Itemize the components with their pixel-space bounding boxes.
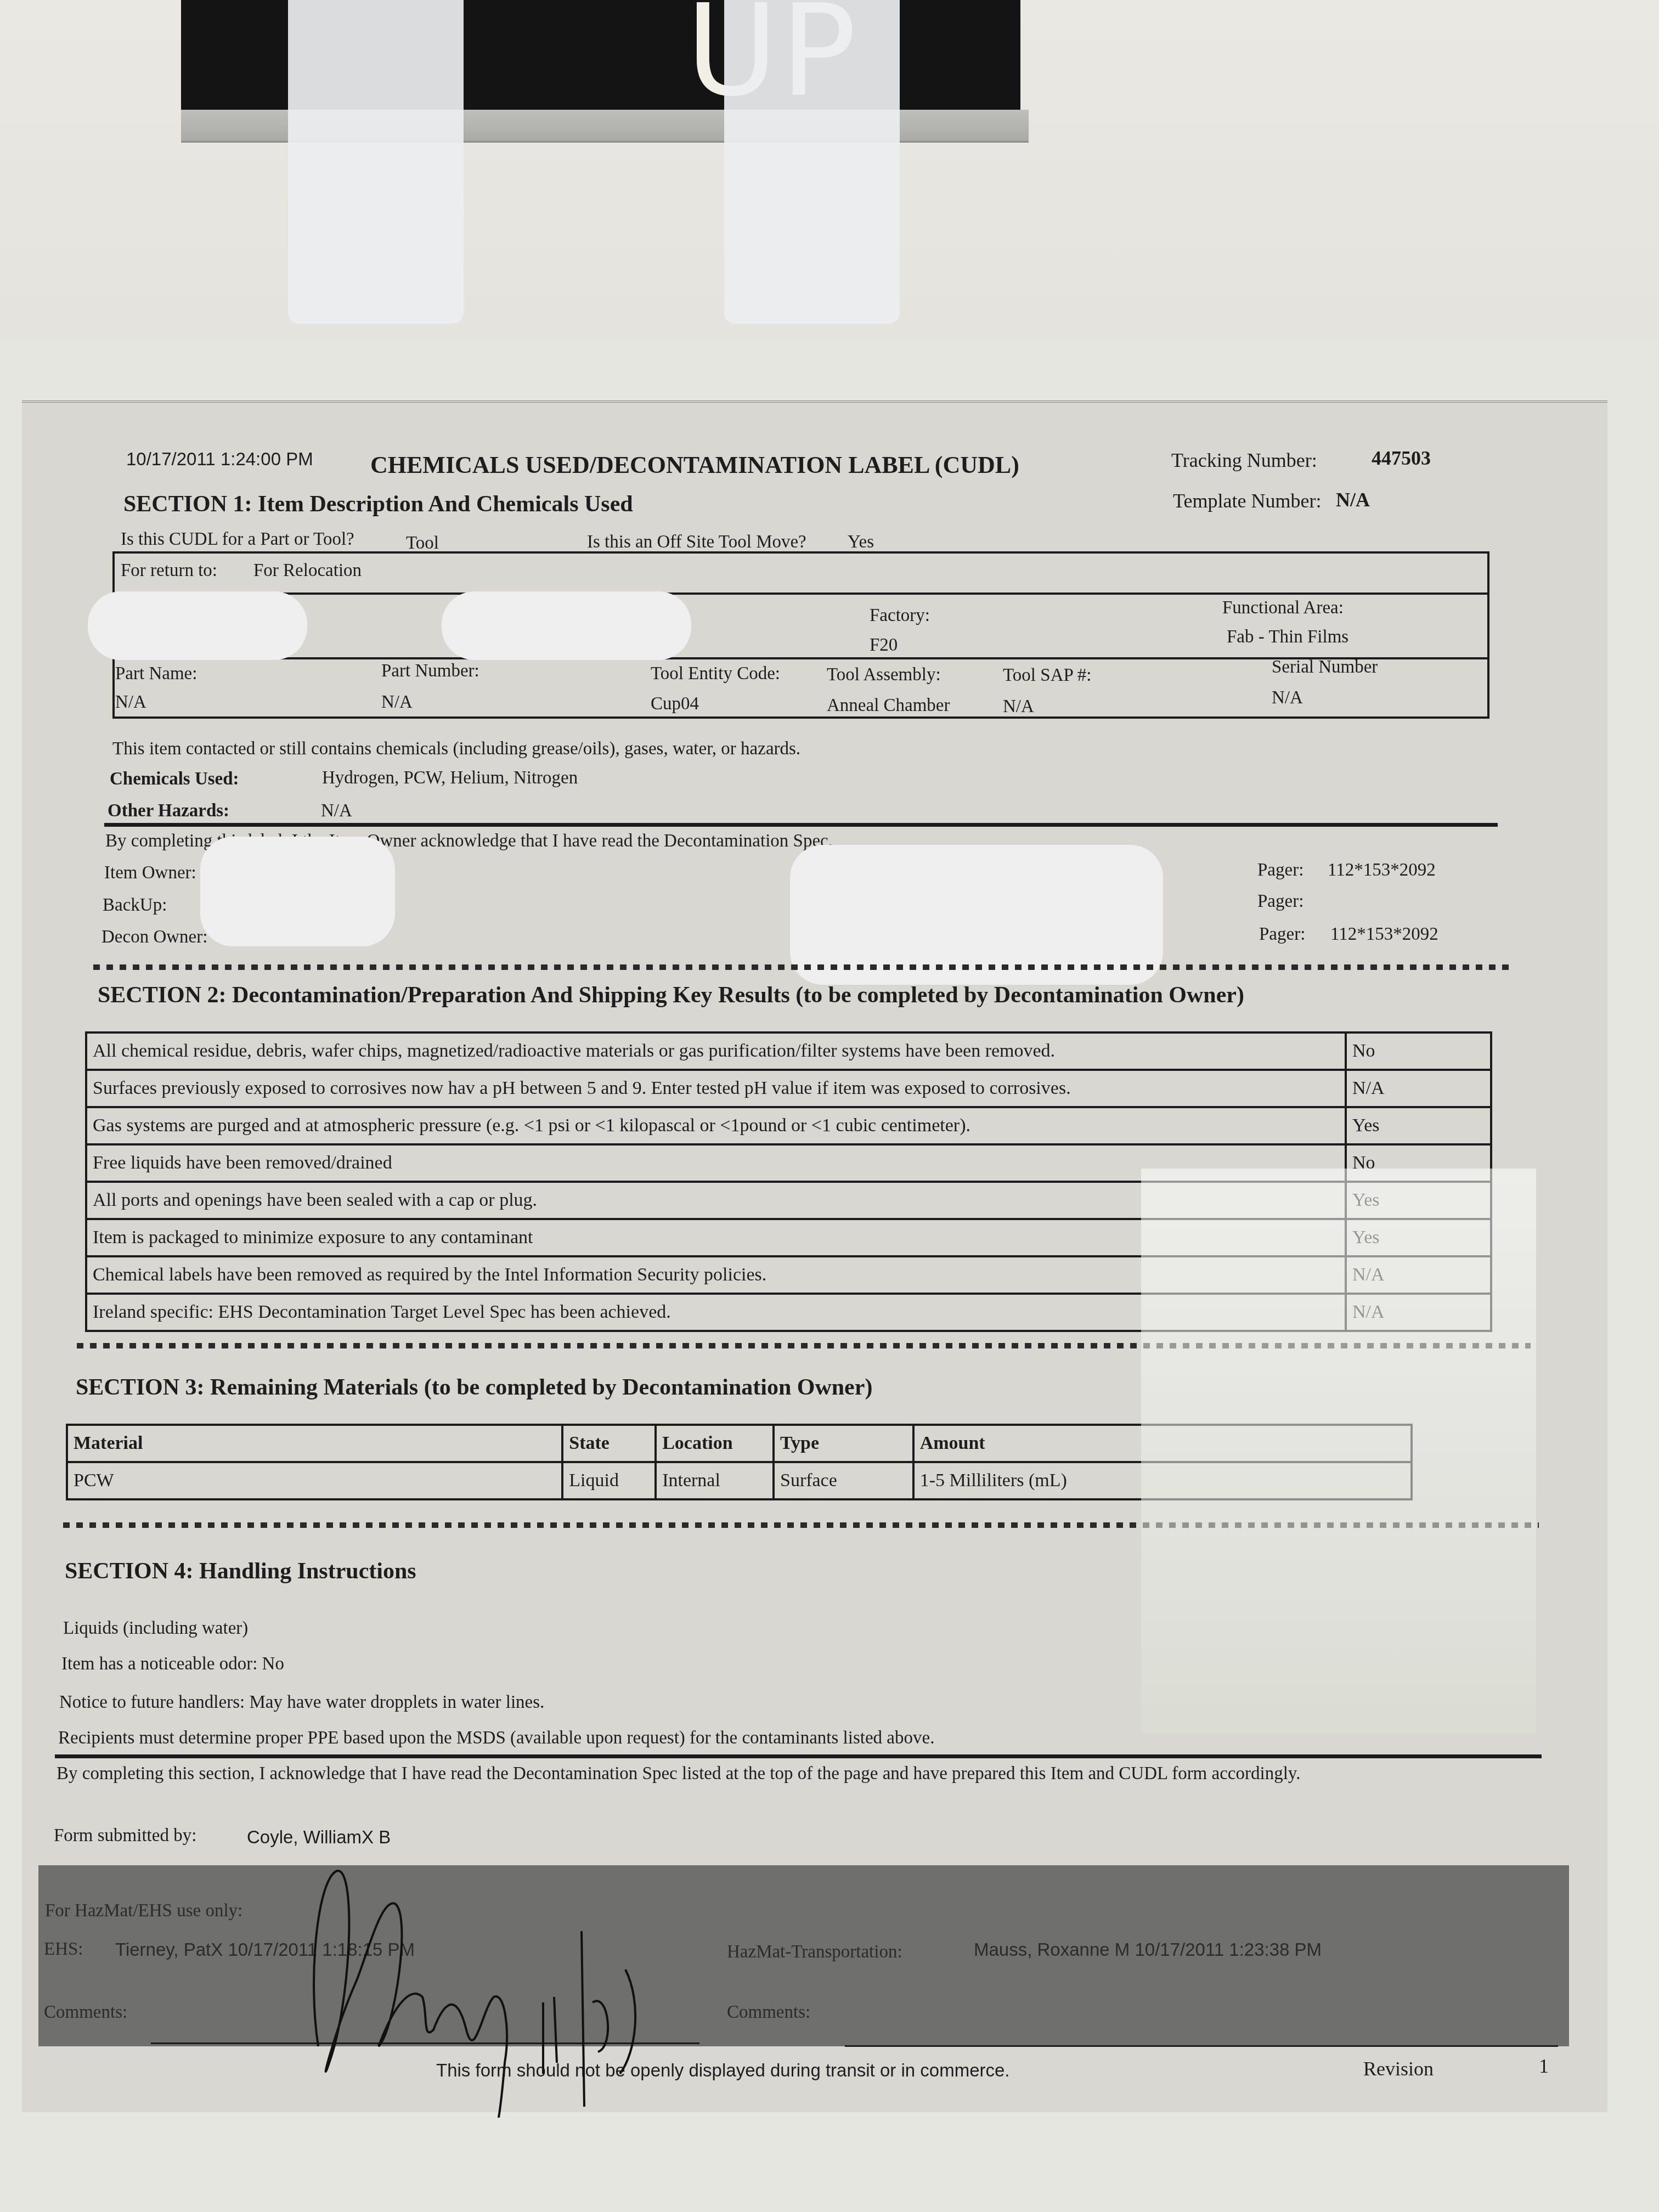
form-timestamp: 10/17/2011 1:24:00 PM [126,449,313,470]
tape-strip [288,0,464,324]
submitted-by-label: Form submitted by: [54,1826,196,1846]
materials-header-row: MaterialStateLocationTypeAmount [67,1425,1412,1462]
section1-title: SECTION 1: Item Description And Chemical… [123,491,633,517]
key-result-value: Yes [1346,1219,1491,1256]
redacted-name [200,837,395,946]
materials-cell: Liquid [562,1462,656,1499]
tool-entity-code-label: Tool Entity Code: [651,664,780,684]
return-to-value: For Relocation [253,561,362,581]
tool-sap-value: N/A [1003,697,1034,717]
key-result-row: Item is packaged to minimize exposure to… [86,1219,1491,1256]
serial-number-value: N/A [1272,688,1303,708]
materials-cell: Internal [656,1462,774,1499]
key-result-text: All ports and openings have been sealed … [86,1182,1346,1219]
offsite-move-value: Yes [848,532,874,552]
key-result-value: N/A [1346,1070,1491,1107]
revision-label: Revision [1363,2057,1434,2080]
divider [55,1754,1542,1758]
decon-owner-pager-value: 112*153*2092 [1330,924,1438,945]
ehs-value: Tierney, PatX 10/17/2011 1:18:15 PM [115,1939,415,1960]
decon-owner-label: Decon Owner: [101,927,207,947]
section4-ack: By completing this section, I acknowledg… [57,1764,1300,1784]
section2-title: SECTION 2: Decontamination/Preparation A… [98,982,1244,1008]
section-separator [93,964,1509,970]
divider [104,823,1498,827]
tool-entity-code-value: Cup04 [651,694,699,714]
column-header: Type [774,1425,913,1462]
key-result-text: All chemical residue, debris, wafer chip… [86,1032,1346,1070]
key-result-text: Surfaces previously exposed to corrosive… [86,1070,1346,1107]
revision-value: 1 [1539,2055,1549,2078]
section-separator [63,1522,1539,1528]
handling-line: Item has a noticeable odor: No [61,1654,284,1674]
tracking-number-value: 447503 [1372,447,1431,470]
divider [112,592,1489,595]
column-header: State [562,1425,656,1462]
other-hazards-label: Other Hazards: [108,801,229,821]
key-result-text: Item is packaged to minimize exposure to… [86,1219,1346,1256]
key-result-row: Chemical labels have been removed as req… [86,1256,1491,1294]
ehs-signature-line [151,2042,699,2044]
backup-label: BackUp: [103,895,167,916]
key-result-row: All chemical residue, debris, wafer chip… [86,1032,1491,1070]
form-title: CHEMICALS USED/DECONTAMINATION LABEL (CU… [370,451,1019,479]
part-number-label: Part Number: [381,661,479,681]
redacted-name [442,591,691,660]
key-result-text: Free liquids have been removed/drained [86,1144,1346,1182]
key-results-table: All chemical residue, debris, wafer chip… [85,1031,1492,1332]
part-number-value: N/A [381,692,413,713]
part-or-tool-value: Tool [406,533,439,554]
hazmat-title: For HazMat/EHS use only: [45,1901,242,1921]
redacted-name [790,845,1163,985]
functional-area-label: Functional Area: [1222,598,1344,618]
part-or-tool-label: Is this CUDL for a Part or Tool? [121,529,354,550]
column-header: Material [67,1425,562,1462]
transport-value: Mauss, Roxanne M 10/17/2011 1:23:38 PM [974,1939,1322,1960]
chemicals-used-value: Hydrogen, PCW, Helium, Nitrogen [322,768,578,788]
materials-row: PCWLiquidInternalSurface1-5 Milliliters … [67,1462,1412,1499]
submitted-by-value: Coyle, WilliamX B [247,1827,391,1848]
return-to-label: For return to: [121,561,217,581]
backup-pager-label: Pager: [1257,891,1304,912]
footer-notice: This form should not be openly displayed… [436,2060,1010,2081]
key-result-value: Yes [1346,1182,1491,1219]
template-number-label: Template Number: [1173,489,1321,512]
other-hazards-value: N/A [321,801,352,821]
chemicals-used-label: Chemicals Used: [110,769,239,789]
ehs-comments-label: Comments: [44,2002,127,2023]
factory-value: F20 [870,635,898,656]
column-header: Amount [913,1425,1412,1462]
item-owner-pager-value: 112*153*2092 [1328,860,1436,881]
template-number-value: N/A [1336,488,1370,511]
key-result-value: N/A [1346,1294,1491,1331]
transport-comments-label: Comments: [727,2002,810,2023]
key-result-text: Ireland specific: EHS Decontamination Ta… [86,1294,1346,1331]
materials-cell: 1-5 Milliliters (mL) [913,1462,1412,1499]
key-result-row: Gas systems are purged and at atmospheri… [86,1107,1491,1144]
tape-strip [724,0,900,324]
redacted-name [88,591,307,660]
tracking-number-label: Tracking Number: [1171,449,1317,472]
key-result-text: Gas systems are purged and at atmospheri… [86,1107,1346,1144]
offsite-move-label: Is this an Off Site Tool Move? [587,532,806,552]
section4-title: SECTION 4: Handling Instructions [65,1558,416,1584]
decon-owner-pager-label: Pager: [1259,924,1305,945]
section3-title: SECTION 3: Remaining Materials (to be co… [76,1374,872,1401]
key-result-row: Free liquids have been removed/drainedNo [86,1144,1491,1182]
key-result-value: No [1346,1032,1491,1070]
hazmat-ehs-box: For HazMat/EHS use only: EHS: Tierney, P… [38,1865,1569,2046]
section-separator [77,1343,1531,1348]
key-result-value: No [1346,1144,1491,1182]
item-owner-pager-label: Pager: [1257,860,1304,881]
handling-line: Recipients must determine proper PPE bas… [58,1728,934,1748]
remaining-materials-table: MaterialStateLocationTypeAmountPCWLiquid… [66,1424,1413,1500]
ehs-label: EHS: [44,1939,83,1960]
tool-sap-label: Tool SAP #: [1003,665,1092,686]
materials-cell: Surface [774,1462,913,1499]
column-header: Location [656,1425,774,1462]
part-name-value: N/A [115,692,146,713]
materials-cell: PCW [67,1462,562,1499]
part-name-label: Part Name: [115,664,197,684]
tool-assembly-value: Anneal Chamber [827,696,950,716]
key-result-row: All ports and openings have been sealed … [86,1182,1491,1219]
key-result-row: Ireland specific: EHS Decontamination Ta… [86,1294,1491,1331]
functional-area-value: Fab - Thin Films [1227,627,1348,647]
key-result-value: Yes [1346,1107,1491,1144]
factory-label: Factory: [870,606,930,626]
key-result-row: Surfaces previously exposed to corrosive… [86,1070,1491,1107]
transport-label: HazMat-Transportation: [727,1942,902,1962]
transport-signature-line [845,2045,1558,2047]
key-result-text: Chemical labels have been removed as req… [86,1256,1346,1294]
serial-number-label: Serial Number [1272,657,1378,678]
tool-assembly-label: Tool Assembly: [827,665,941,685]
item-owner-label: Item Owner: [104,863,196,883]
handling-line: Notice to future handlers: May have wate… [59,1692,544,1713]
handling-line: Liquids (including water) [63,1618,248,1639]
contact-note: This item contacted or still contains ch… [112,739,800,759]
key-result-value: N/A [1346,1256,1491,1294]
